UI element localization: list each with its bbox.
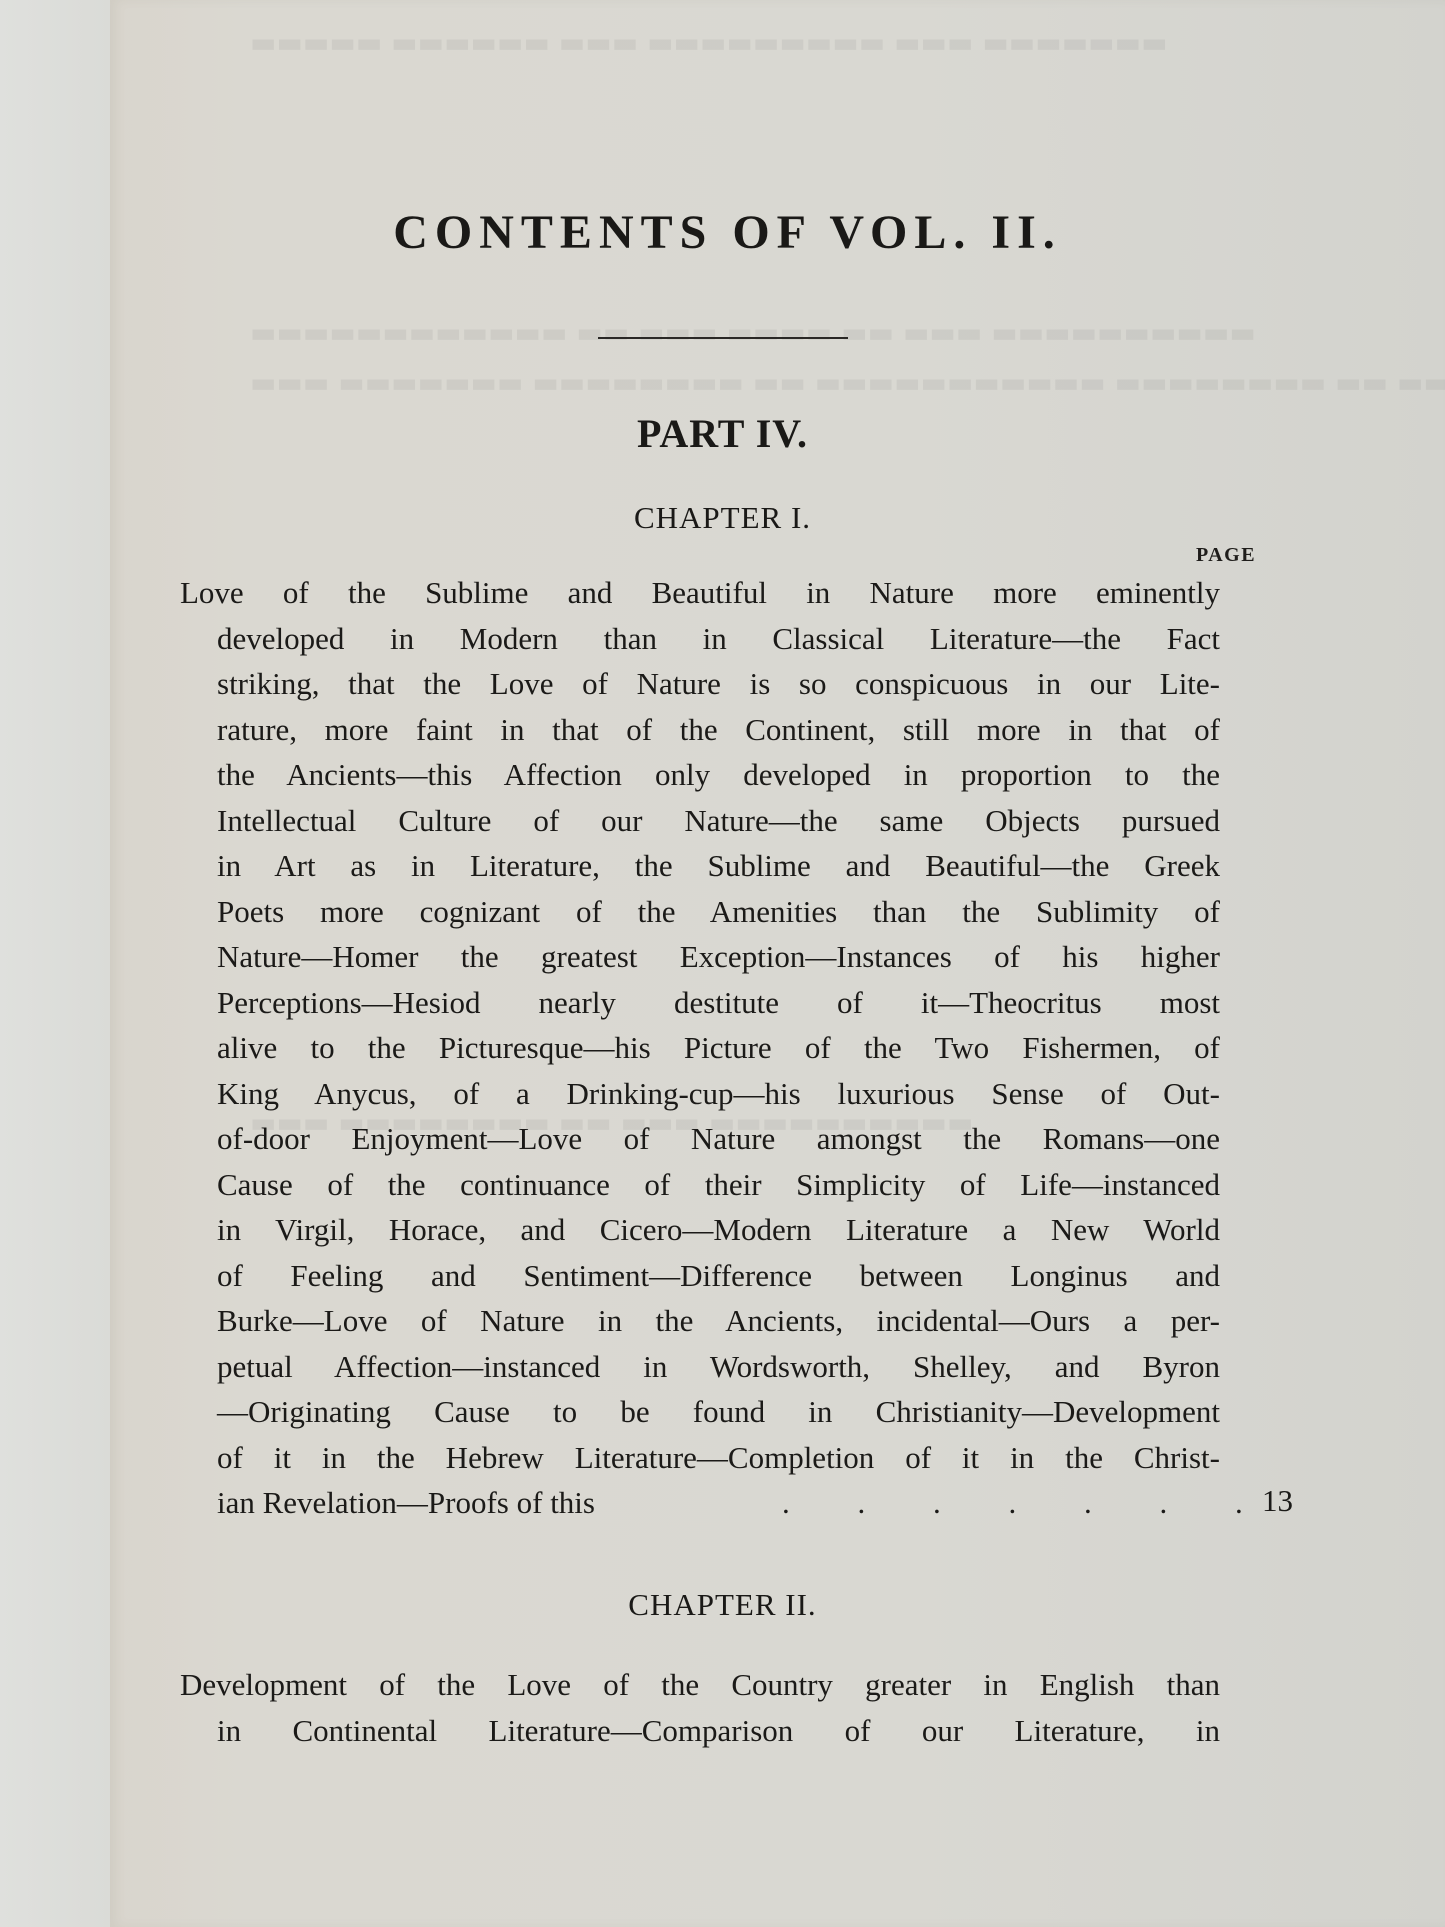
summary-line: —Originating Cause to be found in Christ… xyxy=(180,1389,1220,1435)
chapter-summary: Development of the Love of the Country g… xyxy=(180,1662,1220,1753)
page-title: CONTENTS OF VOL. II. xyxy=(0,205,1445,260)
summary-line: Development of the Love of the Country g… xyxy=(180,1662,1220,1708)
chapter-heading: CHAPTER II. xyxy=(0,1587,1445,1623)
summary-line: Perceptions—Hesiod nearly destitute of i… xyxy=(180,980,1220,1026)
summary-line: developed in Modern than in Classical Li… xyxy=(180,616,1220,662)
title-divider xyxy=(598,337,848,339)
summary-line: Cause of the continuance of their Simpli… xyxy=(180,1162,1220,1208)
summary-line: alive to the Picturesque—his Picture of … xyxy=(180,1025,1220,1071)
page-column-label: PAGE xyxy=(1196,544,1256,567)
show-through-text: ▬▬▬▬▬ ▬▬▬▬▬▬ ▬▬▬ ▬▬▬▬▬▬▬▬▬ ▬▬▬ ▬▬▬▬▬▬▬ xyxy=(250,20,1168,65)
show-through-text: ▬▬▬ ▬▬▬▬▬▬▬ ▬▬▬▬▬▬▬▬ ▬▬ ▬▬▬▬▬▬▬▬▬▬▬ ▬▬▬▬… xyxy=(250,360,1445,405)
chapter-heading: CHAPTER I. xyxy=(0,500,1445,536)
summary-line: King Anycus, of a Drinking-cup—his luxur… xyxy=(180,1071,1220,1117)
summary-line: rature, more faint in that of the Contin… xyxy=(180,707,1220,753)
summary-line: of Feeling and Sentiment—Difference betw… xyxy=(180,1253,1220,1299)
summary-line: the Ancients—this Affection only develop… xyxy=(180,752,1220,798)
summary-line: in Continental Literature—Comparison of … xyxy=(180,1708,1220,1754)
summary-line: in Art as in Literature, the Sublime and… xyxy=(180,843,1220,889)
adjacent-page-edge xyxy=(0,0,110,1927)
page-number: 13 xyxy=(1262,1483,1293,1519)
summary-line: Nature—Homer the greatest Exception—Inst… xyxy=(180,934,1220,980)
part-heading: PART IV. xyxy=(0,410,1445,457)
summary-line: petual Affection—instanced in Wordsworth… xyxy=(180,1344,1220,1390)
summary-line: Intellectual Culture of our Nature—the s… xyxy=(180,798,1220,844)
chapter-summary: Love of the Sublime and Beautiful in Nat… xyxy=(180,570,1220,1526)
dot-leaders: . . . . . . . xyxy=(782,1485,1273,1521)
summary-line: striking, that the Love of Nature is so … xyxy=(180,661,1220,707)
summary-line: Burke—Love of Nature in the Ancients, in… xyxy=(180,1298,1220,1344)
show-through-text: ▬▬▬▬▬▬▬▬▬▬▬▬ ▬▬ ▬▬▬ ▬▬▬▬ ▬▬ ▬▬▬ ▬▬▬▬▬▬▬▬… xyxy=(250,310,1256,355)
summary-line: of it in the Hebrew Literature—Completio… xyxy=(180,1435,1220,1481)
summary-line: of-door Enjoyment—Love of Nature amongst… xyxy=(180,1116,1220,1162)
summary-line: Poets more cognizant of the Amenities th… xyxy=(180,889,1220,935)
summary-line: Love of the Sublime and Beautiful in Nat… xyxy=(180,570,1220,616)
summary-line: in Virgil, Horace, and Cicero—Modern Lit… xyxy=(180,1207,1220,1253)
